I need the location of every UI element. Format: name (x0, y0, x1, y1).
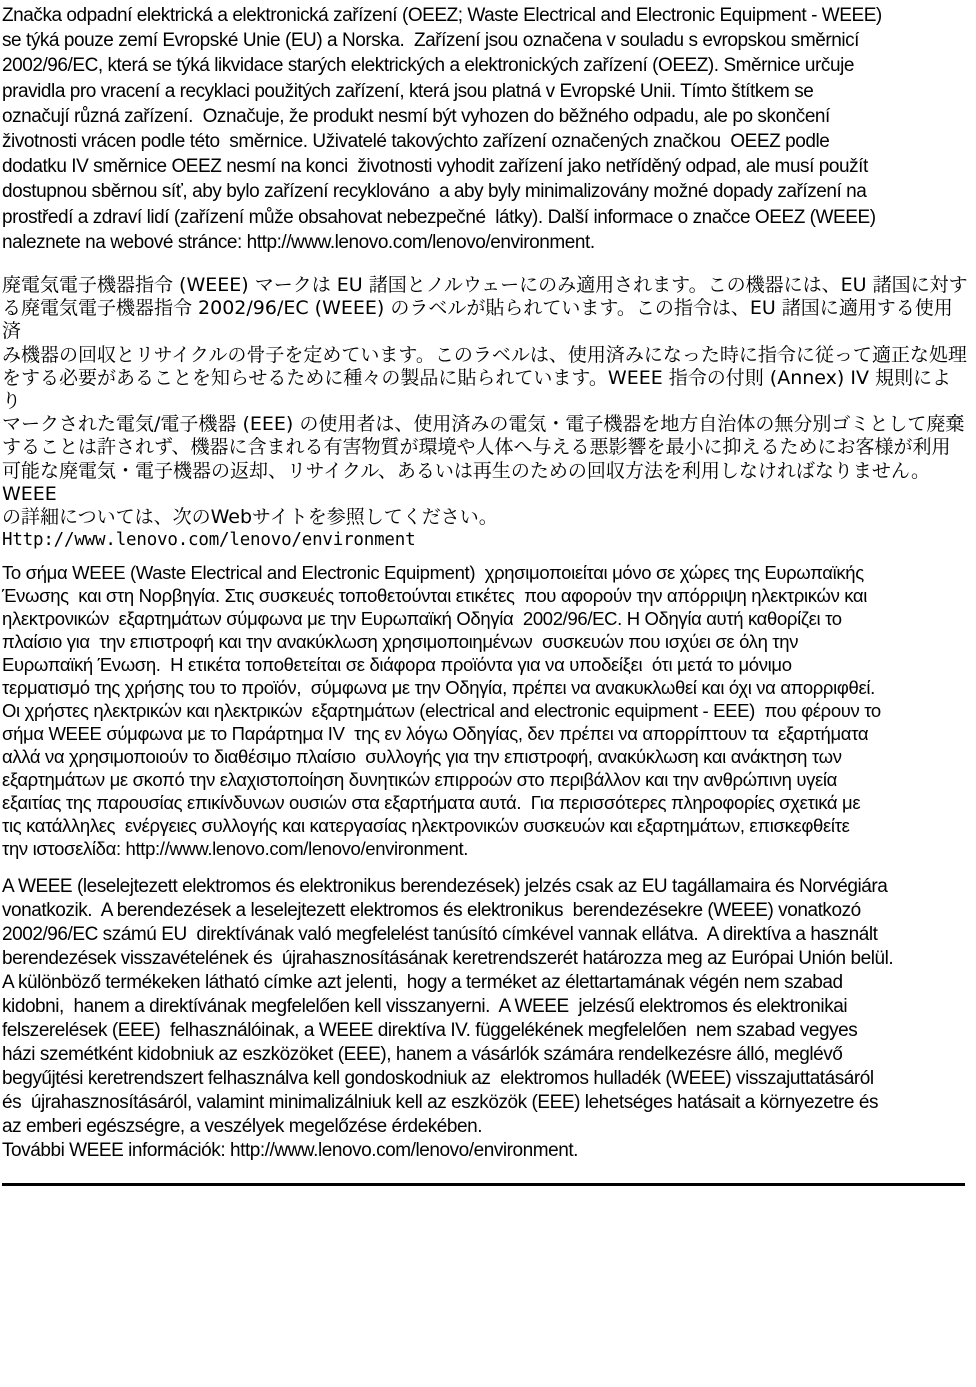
japanese-environment-url: Http://www.lenovo.com/lenovo/environment (2, 529, 968, 552)
paragraph-greek-weee-notice: Το σήμα WEEE (Waste Electrical and Elect… (2, 561, 968, 860)
horizontal-divider (2, 1183, 965, 1186)
paragraph-czech-weee-notice: Značka odpadní elektrická a elektronická… (2, 3, 968, 255)
document-page: Značka odpadní elektrická a elektronická… (0, 0, 976, 1387)
paragraph-hungarian-weee-notice: A WEEE (leselejtezett elektromos és elek… (2, 875, 968, 1163)
section-greek: Το σήμα WEEE (Waste Electrical and Elect… (2, 561, 968, 860)
section-hungarian: A WEEE (leselejtezett elektromos és elek… (2, 875, 968, 1163)
section-japanese: 廃電気電子機器指令 (WEEE) マークは EU 諸国とノルウェーにのみ適用され… (2, 274, 968, 552)
paragraph-japanese-weee-notice: 廃電気電子機器指令 (WEEE) マークは EU 諸国とノルウェーにのみ適用され… (2, 274, 968, 529)
